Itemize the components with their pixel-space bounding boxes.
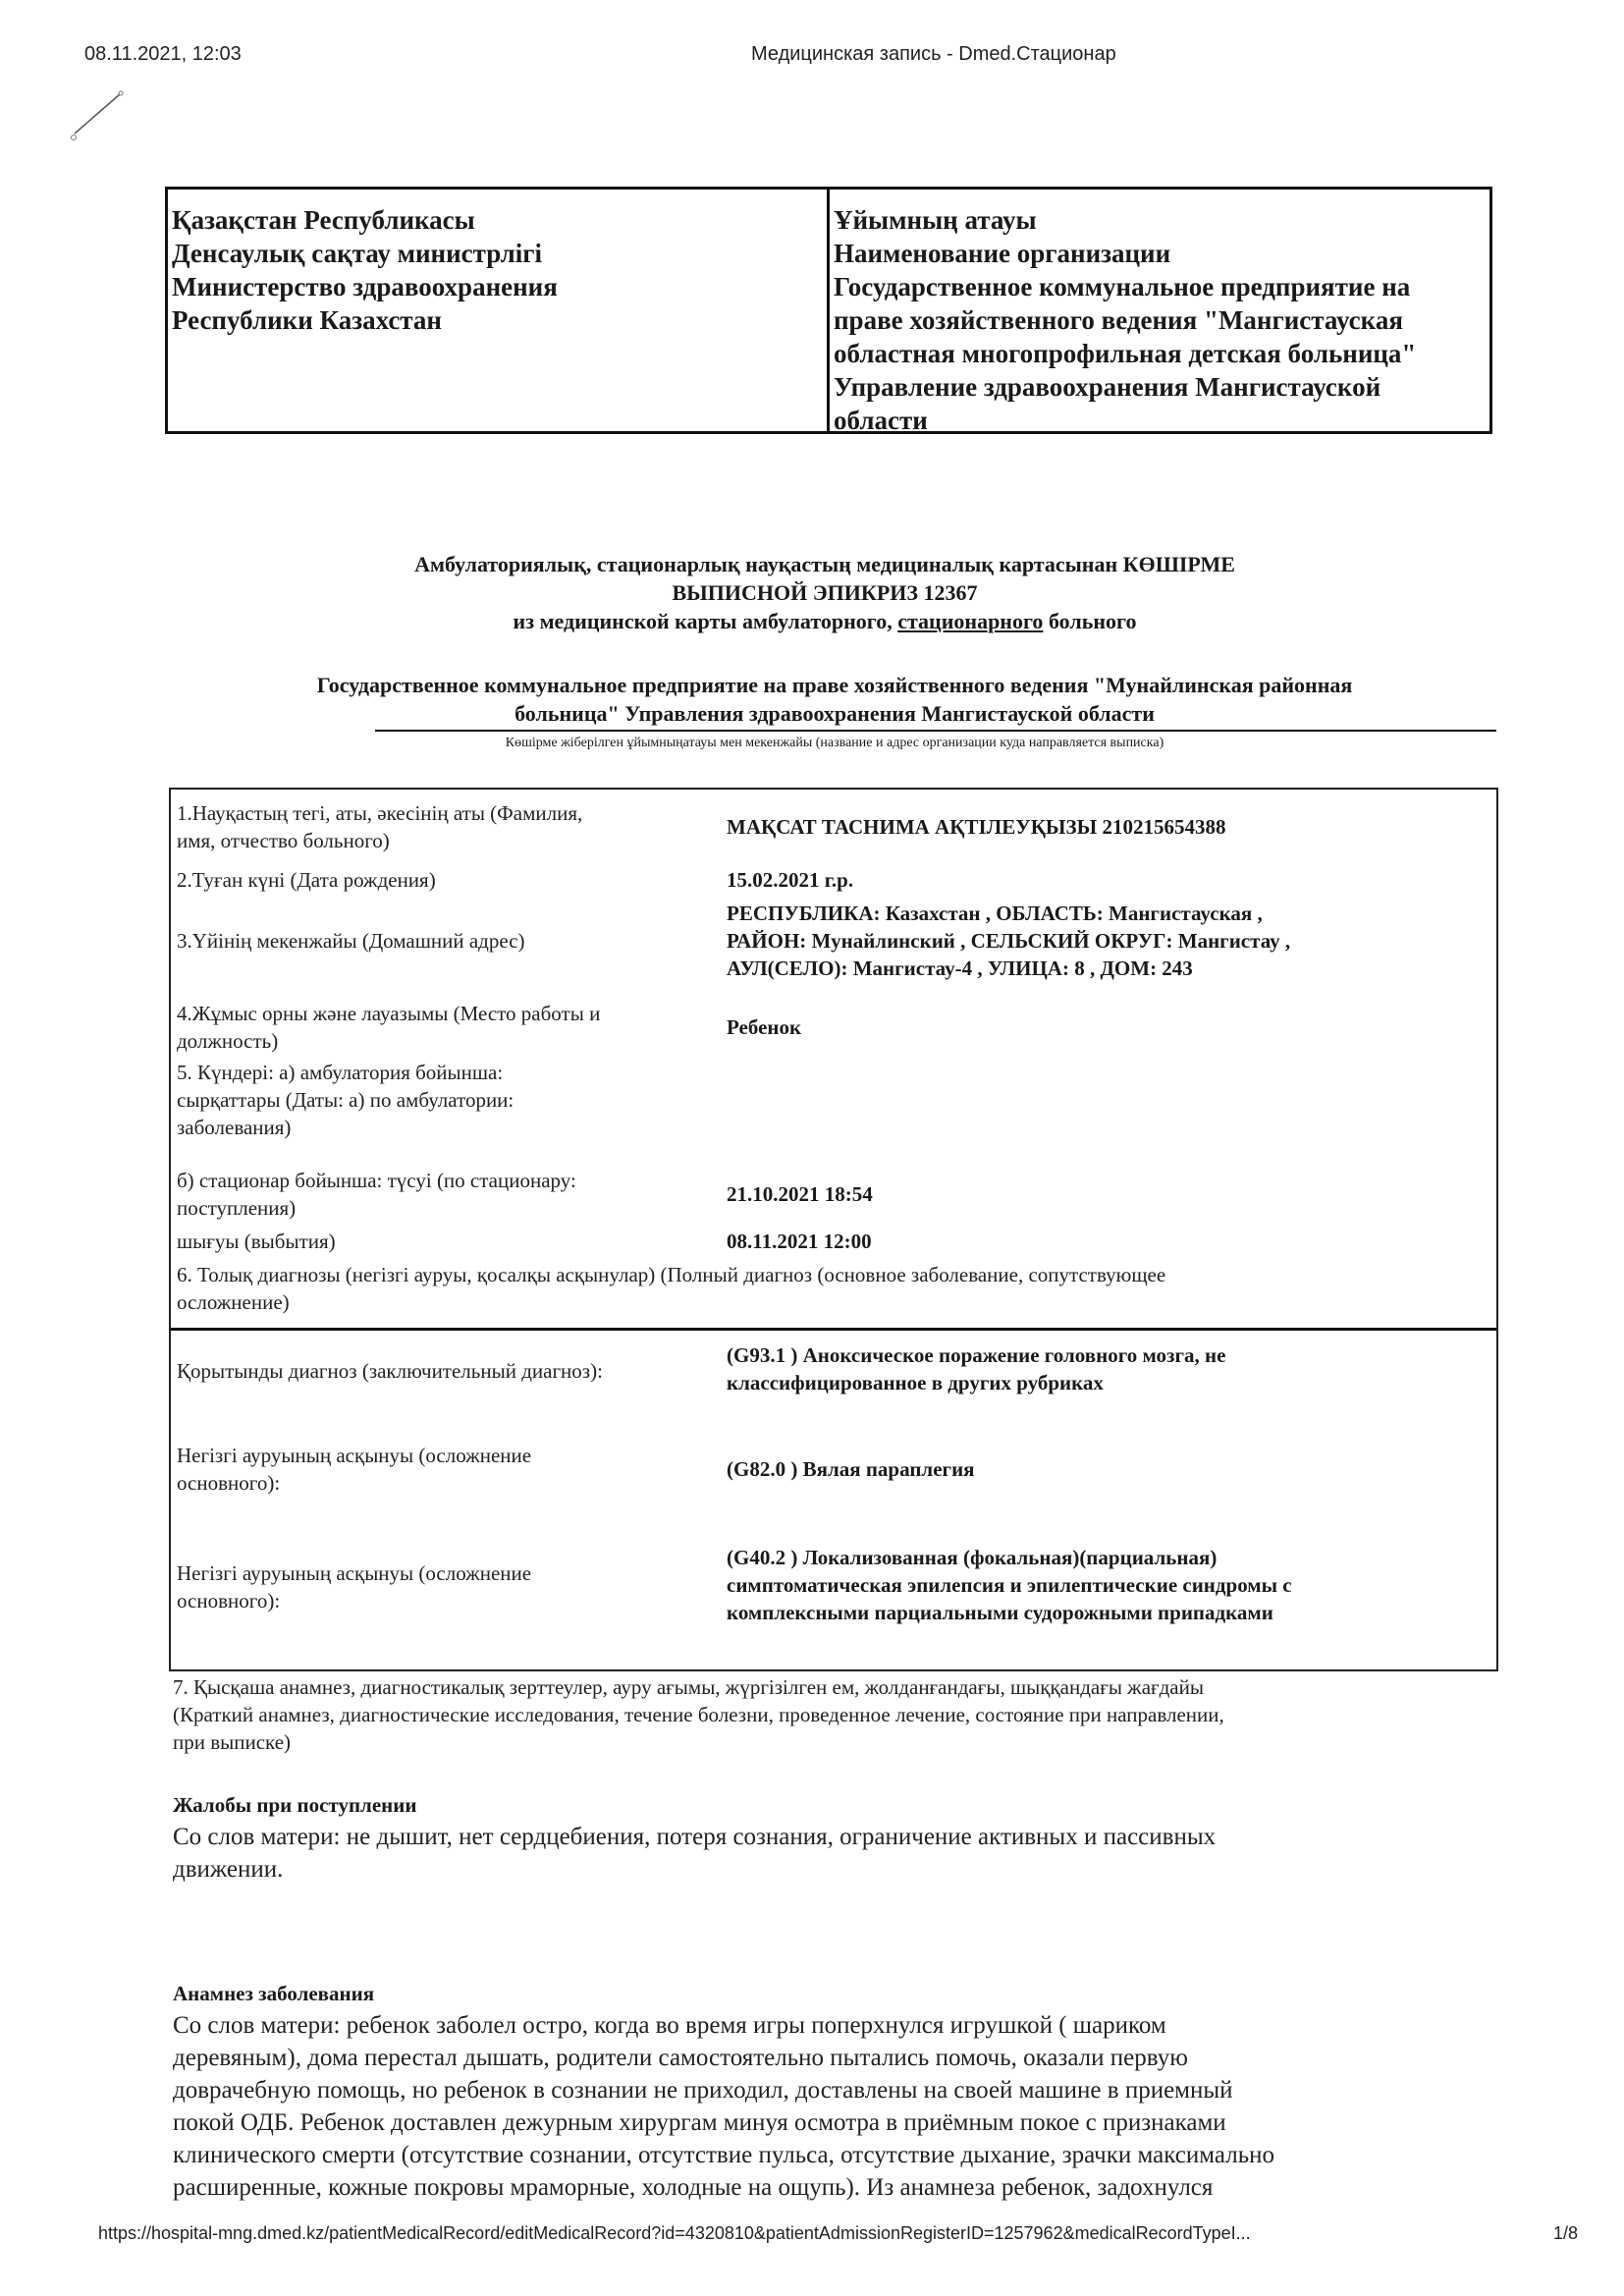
title-line-kz: Амбулаториялық, стационарлық науқастың м…: [196, 550, 1453, 578]
label-line: 1.Науқастың тегі, аты, әкесінің аты (Фам…: [177, 799, 707, 827]
pen-mark-icon: [69, 86, 167, 145]
anamnesis-heading: Анамнез заболевания: [173, 1982, 374, 2006]
field-label-address: 3.Үйінің мекенжайы (Домашний адрес): [177, 927, 707, 955]
print-header: 08.11.2021, 12:03 Медицинская запись - D…: [0, 43, 1624, 73]
title-underlined: стационарного: [897, 609, 1043, 633]
field-value-workplace: Ребенок: [727, 1013, 1473, 1041]
diagnosis-line: симптоматическая эпилепсия и эпилептичес…: [727, 1571, 1473, 1599]
title-line-epicrisis: ВЫПИСНОЙ ЭПИКРИЗ 12367: [196, 578, 1453, 607]
anamnesis-text: Со слов матери: ребенок заболел остро, к…: [173, 2009, 1498, 2204]
label-line: Негізгі ауруының асқынуы (осложнение: [177, 1442, 727, 1469]
label-line: 7. Қысқаша анамнез, диагностикалық зертт…: [173, 1673, 1498, 1701]
title-prefix: из медицинской карты амбулаторного,: [514, 609, 898, 633]
diagnosis-value-complication: (G82.0 ) Вялая параплегия: [727, 1455, 1473, 1483]
organization-line: праве хозяйственного ведения "Мангистаус…: [834, 303, 1486, 337]
field-value-discharge: 08.11.2021 12:00: [727, 1228, 1473, 1255]
organization-line: областная многопрофильная детская больни…: [834, 337, 1486, 370]
field-value-address: РЕСПУБЛИКА: Казахстан , ОБЛАСТЬ: Мангист…: [727, 900, 1473, 982]
ministry-line: Республики Казахстан: [172, 303, 823, 337]
diagnosis-value-final: (G93.1 ) Аноксическое поражение головног…: [727, 1341, 1473, 1396]
field-value-admission: 21.10.2021 18:54: [727, 1180, 1473, 1208]
field-label-outpatient-dates: 5. Күндері: а) амбулатория бойынша: сырқ…: [177, 1059, 707, 1141]
ministry-line: Министерство здравоохранения: [172, 270, 823, 303]
organization-line: области: [834, 404, 1486, 437]
label-line: должность): [177, 1027, 707, 1055]
diagnosis-line: (G93.1 ) Аноксическое поражение головног…: [727, 1341, 1473, 1369]
text-line: Со слов матери: ребенок заболел остро, к…: [173, 2009, 1498, 2042]
ministry-line: Денсаулық сақтау министрлігі: [172, 237, 823, 270]
field-label-name: 1.Науқастың тегі, аты, әкесінің аты (Фам…: [177, 799, 707, 854]
diagnosis-label-final: Қорытынды диагноз (заключительный диагно…: [177, 1357, 727, 1385]
print-page-title: Медицинская запись - Dmed.Стационар: [751, 43, 1116, 66]
label-line: сырқаттары (Даты: а) по амбулатории:: [177, 1086, 707, 1114]
text-line: расширенные, кожные покровы мраморные, х…: [173, 2171, 1498, 2204]
title-suffix: больного: [1043, 609, 1136, 633]
text-line: движении.: [173, 1853, 1498, 1886]
title-line-ru: из медицинской карты амбулаторного, стац…: [196, 607, 1453, 635]
label-line: основного):: [177, 1469, 727, 1497]
label-line: осложнение): [177, 1288, 1492, 1316]
organization-line: Управление здравоохранения Мангистауской: [834, 370, 1486, 404]
destination-line: Государственное коммунальное предприятие…: [177, 671, 1492, 699]
header-table: Қазақстан Республикасы Денсаулық сақтау …: [165, 187, 1492, 434]
divider: [375, 730, 1496, 732]
organization-cell: Ұйымның атауы Наименование организации Г…: [830, 190, 1489, 431]
field-value-name: МАҚСАТ ТАСНИМА АҚТІЛЕУҚЫЗЫ 210215654388: [727, 813, 1473, 841]
destination-line: больница" Управления здравоохранения Ман…: [177, 699, 1492, 728]
full-diagnosis-label: 6. Толық диагнозы (негізгі ауруы, қосалқ…: [177, 1261, 1492, 1316]
patient-info-table: 1.Науқастың тегі, аты, әкесінің аты (Фам…: [169, 788, 1498, 1671]
address-line: РЕСПУБЛИКА: Казахстан , ОБЛАСТЬ: Мангист…: [727, 900, 1473, 927]
ministry-cell: Қазақстан Республикасы Денсаулық сақтау …: [168, 190, 830, 431]
organization-line: Государственное коммунальное предприятие…: [834, 270, 1486, 303]
section-7-label: 7. Қысқаша анамнез, диагностикалық зертт…: [173, 1673, 1498, 1756]
destination-caption: Көшірме жіберілген ұйымныңатауы мен меке…: [177, 735, 1492, 752]
label-line: Негізгі ауруының асқынуы (осложнение: [177, 1559, 727, 1587]
organization-line: Наименование организации: [834, 237, 1486, 270]
ministry-line: Қазақстан Республикасы: [172, 203, 823, 237]
label-line: б) стационар бойынша: түсуі (по стациона…: [177, 1167, 707, 1194]
diagnosis-line: (G40.2 ) Локализованная (фокальная)(парц…: [727, 1544, 1473, 1571]
text-line: покой ОДБ. Ребенок доставлен дежурным хи…: [173, 2106, 1498, 2139]
field-label-discharge: шығуы (выбытия): [177, 1228, 707, 1255]
print-datetime: 08.11.2021, 12:03: [84, 43, 242, 66]
field-label-birthdate: 2.Туған күні (Дата рождения): [177, 866, 707, 894]
text-line: Со слов матери: не дышит, нет сердцебиен…: [173, 1821, 1498, 1853]
complaints-heading: Жалобы при поступлении: [173, 1793, 416, 1818]
label-line: 6. Толық диагнозы (негізгі ауруы, қосалқ…: [177, 1261, 1492, 1288]
label-line: заболевания): [177, 1114, 707, 1141]
label-line: поступления): [177, 1194, 707, 1222]
diagnosis-line: классифицированное в других рубриках: [727, 1369, 1473, 1396]
page-number: 1/8: [1553, 2223, 1578, 2244]
label-line: основного):: [177, 1587, 727, 1614]
text-line: доврачебную помощь, но ребенок в сознани…: [173, 2074, 1498, 2106]
organization-line: Ұйымның атауы: [834, 203, 1486, 237]
field-value-birthdate: 15.02.2021 г.р.: [727, 866, 1473, 894]
diagnosis-value-complication: (G40.2 ) Локализованная (фокальная)(парц…: [727, 1544, 1473, 1626]
field-label-admission: б) стационар бойынша: түсуі (по стациона…: [177, 1167, 707, 1222]
complaints-text: Со слов матери: не дышит, нет сердцебиен…: [173, 1821, 1498, 1886]
text-line: деревяным), дома перестал дышать, родите…: [173, 2042, 1498, 2074]
label-line: 5. Күндері: а) амбулатория бойынша:: [177, 1059, 707, 1086]
text-line: клинического смерти (отсутствие сознании…: [173, 2139, 1498, 2171]
field-label-workplace: 4.Жұмыс орны және лауазымы (Место работы…: [177, 1000, 707, 1055]
label-line: при выписке): [173, 1728, 1498, 1756]
address-line: РАЙОН: Мунайлинский , СЕЛЬСКИЙ ОКРУГ: Ма…: [727, 927, 1473, 955]
address-line: АУЛ(СЕЛО): Мангистау-4 , УЛИЦА: 8 , ДОМ:…: [727, 955, 1473, 982]
label-line: 4.Жұмыс орны және лауазымы (Место работы…: [177, 1000, 707, 1027]
divider: [171, 1328, 1496, 1331]
diagnosis-line: комплексными парциальными судорожными пр…: [727, 1599, 1473, 1626]
destination-organization: Государственное коммунальное предприятие…: [177, 671, 1492, 728]
label-line: (Краткий анамнез, диагностические исслед…: [173, 1701, 1498, 1728]
diagnosis-label-complication: Негізгі ауруының асқынуы (осложнение осн…: [177, 1559, 727, 1614]
diagnosis-label-complication: Негізгі ауруының асқынуы (осложнение осн…: [177, 1442, 727, 1497]
page-url: https://hospital-mng.dmed.kz/patientMedi…: [98, 2223, 1251, 2244]
print-footer: https://hospital-mng.dmed.kz/patientMedi…: [0, 2223, 1624, 2253]
document-title: Амбулаториялық, стационарлық науқастың м…: [196, 550, 1453, 635]
label-line: имя, отчество больного): [177, 827, 707, 854]
